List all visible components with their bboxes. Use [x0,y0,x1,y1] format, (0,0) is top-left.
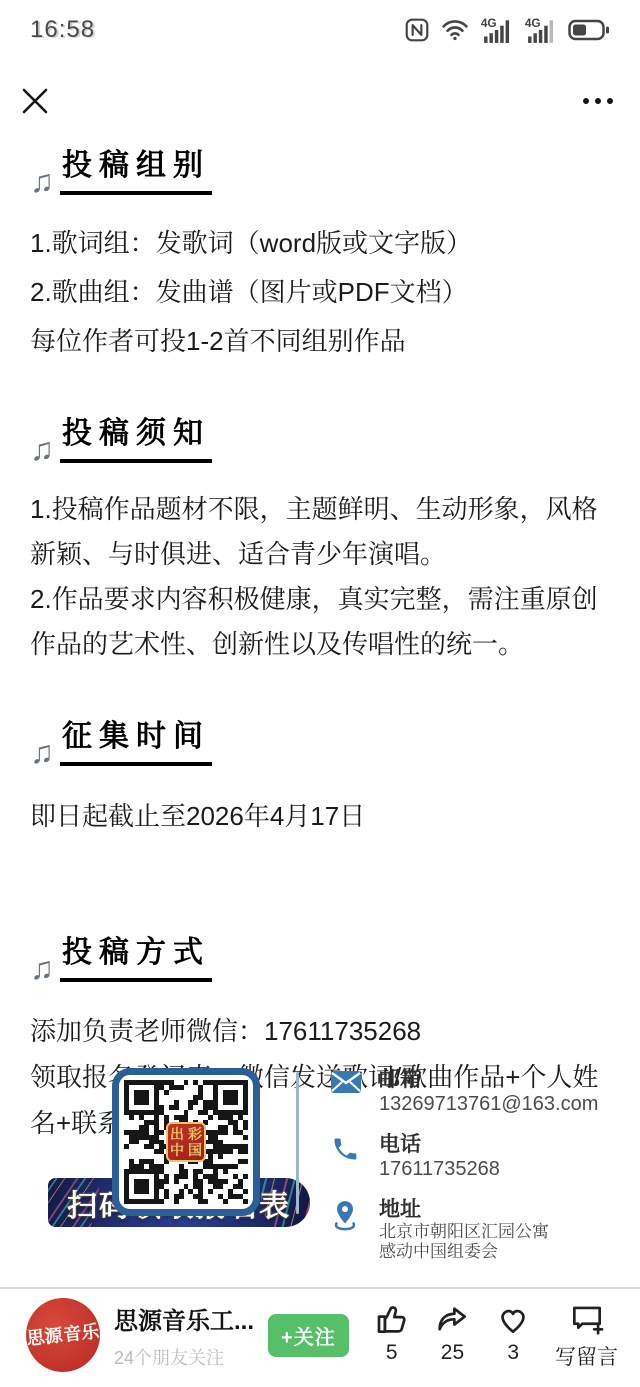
close-icon[interactable] [18,84,52,118]
nav-bar [0,72,640,128]
share-count: 25 [441,1341,464,1365]
heart-button[interactable]: 3 [494,1300,532,1371]
account-meta[interactable]: 思源音乐工... 24个朋友关注 [114,1301,254,1370]
comment-button[interactable]: 写留言 [555,1300,618,1371]
phone-icon [331,1133,361,1181]
contact-label: 地址 [379,1198,549,1222]
signal-4g-icon: 4G [480,16,514,44]
paragraph: 即日起截止至2026年4月17日 [30,794,612,839]
avatar-text: 音乐 [62,1321,100,1345]
like-count: 5 [386,1341,398,1365]
thumbs-up-icon [373,1300,411,1338]
like-button[interactable]: 5 [373,1300,411,1371]
contact-item-phone: 电话 17611735268 [331,1133,598,1181]
section-title: 征集时间 [60,711,212,766]
account-avatar[interactable]: 思源 音乐 [22,1294,103,1375]
svg-text:4G: 4G [525,16,541,30]
section-heading: ♫ 投稿组别 [30,140,612,195]
footer-bar: 思源 音乐 思源音乐工... 24个朋友关注 +关注 5 [0,1287,640,1387]
section-submission-groups: ♫ 投稿组别 1.歌词组：发歌词（word版或文字版） 2.歌曲组：发曲谱（图片… [30,140,612,366]
heart-icon [494,1300,532,1338]
status-bar: 16:58 4G [0,0,640,60]
heart-count: 3 [507,1341,519,1365]
paragraph: 1.歌词组：发歌词（word版或文字版） [30,219,612,268]
section-title: 投稿组别 [60,140,212,195]
account-followers: 24个朋友关注 [114,1344,254,1370]
qr-code[interactable]: 出彩中国 [112,1068,260,1216]
music-note-icon: ♫ [30,165,54,197]
contact-list: 邮箱 13269713761@163.com 电话 17611735268 [331,1068,598,1262]
comment-plus-icon [568,1300,606,1338]
music-note-icon: ♫ [30,736,54,768]
signal-4g-icon: 4G [524,16,558,44]
wifi-icon [440,18,470,42]
section-heading: ♫ 征集时间 [30,711,612,766]
location-icon [331,1198,361,1262]
paragraph: 2.作品要求内容积极健康，真实完整，需注重原创作品的艺术性、创新性以及传唱性的统… [30,577,612,667]
section-title: 投稿方式 [60,927,212,982]
phone-screen: 16:58 4G [0,0,640,1387]
svg-text:4G: 4G [481,16,497,30]
contact-item-email: 邮箱 13269713761@163.com [331,1068,598,1116]
paragraph: 1.投稿作品题材不限，主题鲜明、生动形象，风格新颖、与时俱进、适合青少年演唱。 [30,487,612,577]
status-icons: 4G 4G [404,16,610,44]
account-name[interactable]: 思源音乐工... [114,1301,254,1336]
contact-label: 邮箱 [379,1068,598,1092]
contact-label: 电话 [379,1133,500,1157]
mail-icon [331,1068,361,1116]
section-heading: ♫ 投稿方式 [30,927,612,982]
share-button[interactable]: 25 [433,1300,471,1371]
battery-icon [568,19,610,41]
clock: 16:58 [30,16,95,44]
music-note-icon: ♫ [30,952,54,984]
more-dots-icon[interactable] [578,86,618,116]
section-heading: ♫ 投稿须知 [30,408,612,463]
contact-block: 出彩中国 邮箱 13269713761@163.com [0,1068,640,1262]
footer-actions: 5 25 3 [373,1300,618,1371]
nfc-icon [404,17,430,43]
contact-value: 13269713761@163.com [379,1092,598,1116]
follow-button[interactable]: +关注 [268,1314,349,1357]
paragraph: 每位作者可投1-2首不同组别作品 [30,317,612,366]
contact-item-address: 地址 北京市朝阳区汇园公寓 感动中国组委会 [331,1198,598,1262]
contact-value: 17611735268 [379,1157,500,1181]
article-body: ♫ 投稿组别 1.歌词组：发歌词（word版或文字版） 2.歌曲组：发曲谱（图片… [30,140,612,1227]
comment-label: 写留言 [555,1341,618,1371]
music-note-icon: ♫ [30,433,54,465]
contact-value: 北京市朝阳区汇园公寓 感动中国组委会 [379,1222,549,1262]
share-arrow-icon [433,1300,471,1338]
section-submission-notes: ♫ 投稿须知 1.投稿作品题材不限，主题鲜明、生动形象，风格新颖、与时俱进、适合… [30,408,612,667]
section-title: 投稿须知 [60,408,212,463]
paragraph: 2.歌曲组：发曲谱（图片或PDF文档） [30,268,612,317]
section-collection-period: ♫ 征集时间 即日起截止至2026年4月17日 [30,711,612,839]
vertical-divider [296,1072,299,1214]
avatar-text: 思源 [26,1325,64,1349]
paragraph: 添加负责老师微信：17611735268 [30,1008,612,1054]
qr-center-logo: 出彩中国 [166,1122,206,1162]
